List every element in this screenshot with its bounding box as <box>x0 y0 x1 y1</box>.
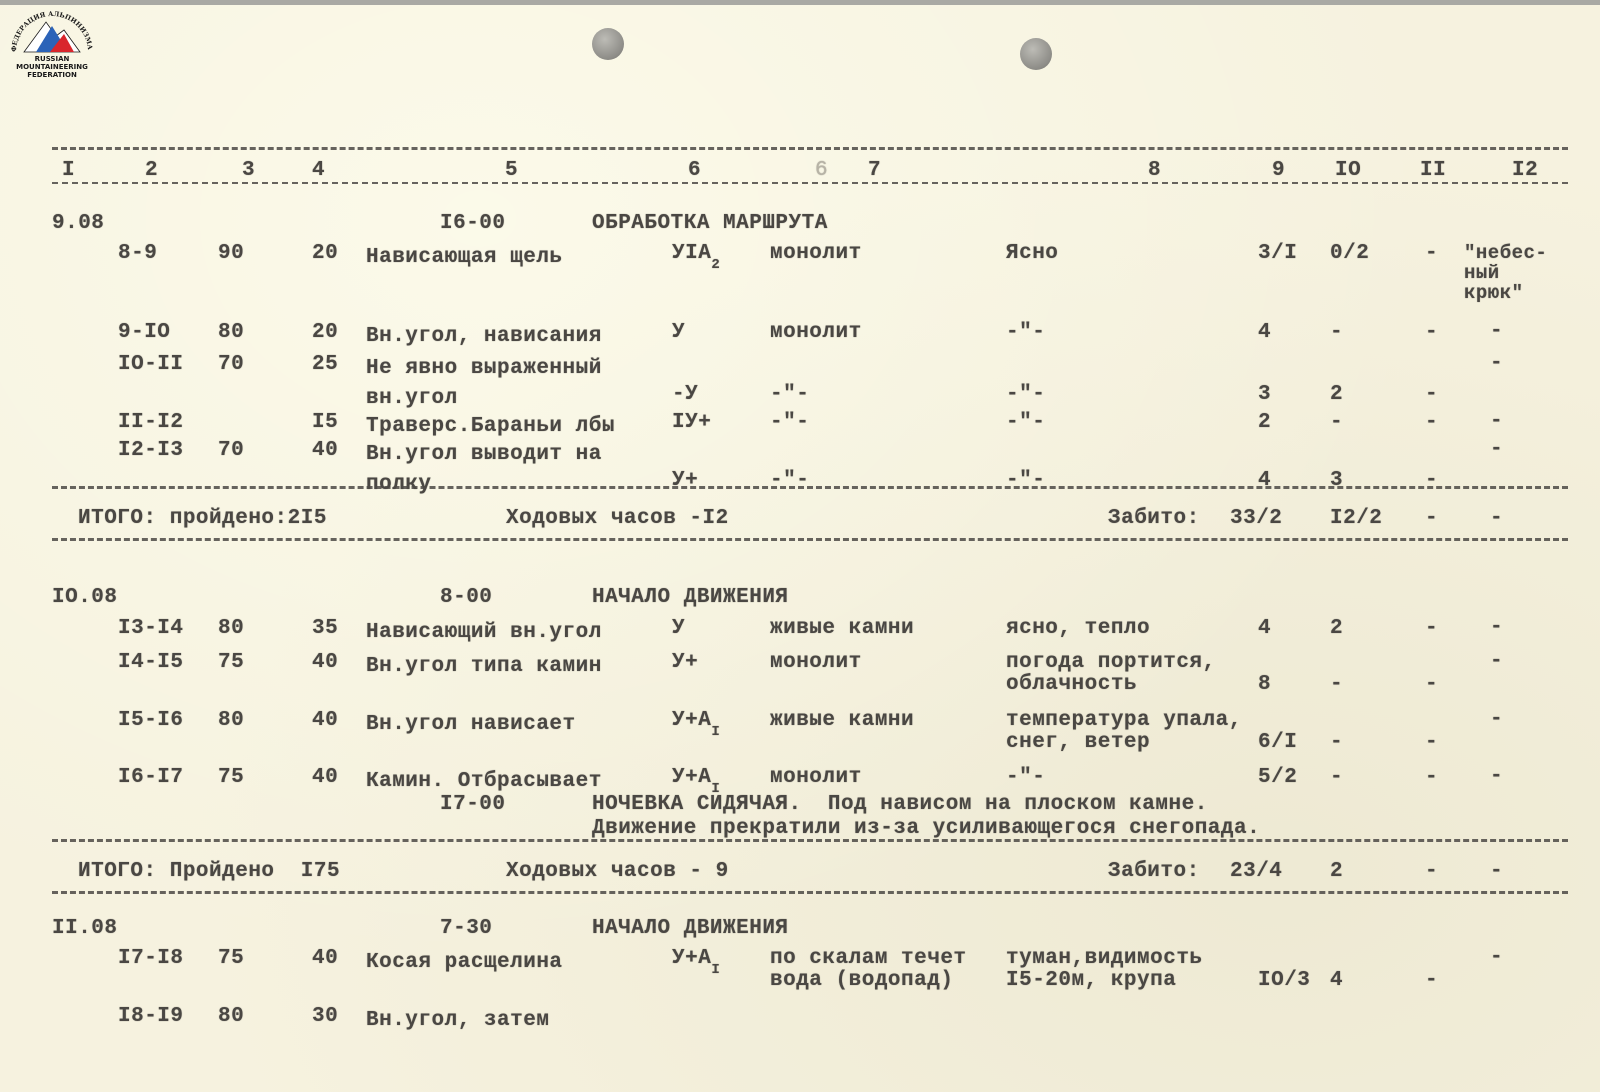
rock-hooks-count: 3 <box>1258 384 1271 406</box>
rock-character: монолит <box>770 767 862 789</box>
col-header-5: 5 <box>505 160 518 182</box>
notes: - <box>1490 948 1503 968</box>
weather: туман,видимость I5-20м, крупа <box>1006 948 1203 992</box>
notes: - <box>1490 412 1503 432</box>
notes: - <box>1490 652 1503 672</box>
total-separator-bottom <box>52 538 1568 541</box>
ice-hooks-count: 4 <box>1330 970 1343 992</box>
bolts-count: - <box>1425 412 1438 434</box>
total-separator-top <box>52 486 1568 489</box>
rock-hooks-count: 3/I <box>1258 243 1297 265</box>
notes: - <box>1490 710 1503 730</box>
rock-character: живые камни <box>770 710 914 732</box>
ice-hooks-count: 2 <box>1330 618 1343 640</box>
slope-angle: 80 <box>218 1006 244 1028</box>
relief-description: Косая расщелина <box>366 948 563 978</box>
relief-description: Вн.угол нависает <box>366 710 576 740</box>
relief-description: Нависающий вн.угол <box>366 618 602 648</box>
logo-line-2: MOUNTAINEERING <box>6 63 98 71</box>
rock-character: по скалам течет вода (водопад) <box>770 948 967 992</box>
col-header-6b: 6 <box>815 160 828 182</box>
col-header-3: 3 <box>242 160 255 182</box>
section-number: IO-II <box>118 354 184 376</box>
col-header-4: 4 <box>312 160 325 182</box>
section-number: II-I2 <box>118 412 184 434</box>
rock-character: монолит <box>770 243 862 265</box>
section-length: 25 <box>312 354 338 376</box>
difficulty-grade: IУ+ <box>672 412 711 434</box>
slope-angle: 75 <box>218 767 244 789</box>
bolts-count: - <box>1425 732 1438 754</box>
total-col-12: - <box>1490 861 1503 883</box>
rock-character: -"- <box>770 384 809 406</box>
federation-logo: ФЕДЕРАЦИЯ АЛЬПИНИЗМА РОССИИ RUSSIAN MOUN… <box>6 6 98 84</box>
total-separator-bottom <box>52 891 1568 894</box>
day-time: I6-00 <box>440 213 506 235</box>
total-bolts: - <box>1425 861 1438 883</box>
total-col-12: - <box>1490 508 1503 530</box>
bivouac-time: I7-00 <box>440 794 506 816</box>
logo-line-1: RUSSIAN <box>6 55 98 63</box>
weather: температура упала, снег, ветер <box>1006 710 1242 754</box>
mountain-logo-icon: ФЕДЕРАЦИЯ АЛЬПИНИЗМА РОССИИ <box>6 6 98 56</box>
relief-description: Вн.угол, затем <box>366 1006 549 1036</box>
relief-description: Вн.угол, нависания <box>366 322 602 352</box>
rock-character: живые камни <box>770 618 914 640</box>
hammered-label: Забито: <box>1108 508 1200 530</box>
section-number: 8-9 <box>118 243 157 265</box>
col-header-1: I <box>62 160 75 182</box>
col-header-2: 2 <box>145 160 158 182</box>
weather: -"- <box>1006 384 1045 406</box>
rock-hooks-count: 5/2 <box>1258 767 1297 789</box>
section-number: I3-I4 <box>118 618 184 640</box>
bivouac-note-2: Движение прекратили из-за усиливающегося… <box>592 818 1260 840</box>
difficulty-grade: УIА2 <box>672 243 720 266</box>
total-separator-top <box>52 839 1568 842</box>
total-distance: ИТОГО: пройдено:2I5 <box>78 508 327 530</box>
slope-angle: 80 <box>218 618 244 640</box>
ice-hooks-count: 0/2 <box>1330 243 1369 265</box>
grade-subscript: I <box>711 962 720 978</box>
section-number: I8-I9 <box>118 1006 184 1028</box>
bolts-count: - <box>1425 243 1438 265</box>
weather: -"- <box>1006 767 1045 789</box>
grade-subscript: I <box>711 724 720 740</box>
col-header-9: 9 <box>1272 160 1285 182</box>
section-length: 20 <box>312 243 338 265</box>
ice-hooks-count: - <box>1330 767 1343 789</box>
total-bolts: - <box>1425 508 1438 530</box>
weather: погода портится, облачность <box>1006 652 1216 696</box>
notes: - <box>1490 767 1503 787</box>
weather: -"- <box>1006 322 1045 344</box>
slope-angle: 70 <box>218 440 244 462</box>
slope-angle: 70 <box>218 354 244 376</box>
section-length: 35 <box>312 618 338 640</box>
rock-hooks-count: IO/3 <box>1258 970 1310 992</box>
relief-description: Нависающая щель <box>366 243 563 273</box>
weather: ясно, тепло <box>1006 618 1150 640</box>
section-number: I4-I5 <box>118 652 184 674</box>
bolts-count: - <box>1425 384 1438 406</box>
scan-edge <box>0 0 1600 5</box>
difficulty-grade: У+АI <box>672 948 720 971</box>
total-rock-hooks: 23/4 <box>1230 861 1282 883</box>
bolts-count: - <box>1425 674 1438 696</box>
section-number: I7-I8 <box>118 948 184 970</box>
col-header-11: II <box>1420 160 1446 182</box>
col-header-12: I2 <box>1512 160 1538 182</box>
slope-angle: 75 <box>218 948 244 970</box>
bolts-count: - <box>1425 970 1438 992</box>
ice-hooks-count: - <box>1330 322 1343 344</box>
rock-character: монолит <box>770 322 862 344</box>
difficulty-grade: У <box>672 322 685 344</box>
ice-hooks-count: - <box>1330 732 1343 754</box>
hammered-label: Забито: <box>1108 861 1200 883</box>
relief-description: Траверс.Бараньи лбы <box>366 412 615 442</box>
total-ice-hooks: I2/2 <box>1330 508 1382 530</box>
col-header-6: 6 <box>688 160 701 182</box>
rock-hooks-count: 2 <box>1258 412 1271 434</box>
ice-hooks-count: - <box>1330 412 1343 434</box>
day-event: НАЧАЛО ДВИЖЕНИЯ <box>592 918 789 940</box>
total-distance: ИТОГО: Пройдено I75 <box>78 861 340 883</box>
notes: - <box>1490 322 1503 342</box>
section-number: 9-IO <box>118 322 170 344</box>
total-rock-hooks: 33/2 <box>1230 508 1282 530</box>
relief-description: Не явно выраженный вн.угол <box>366 354 602 414</box>
relief-description: Вн.угол выводит на полку <box>366 440 602 500</box>
section-number: I6-I7 <box>118 767 184 789</box>
difficulty-grade: -У <box>672 384 698 406</box>
notes: - <box>1490 440 1503 460</box>
section-length: 40 <box>312 652 338 674</box>
day-date: IO.08 <box>52 587 118 609</box>
total-hours: Ходовых часов -I2 <box>506 508 729 530</box>
bolts-count: - <box>1425 322 1438 344</box>
section-length: I5 <box>312 412 338 434</box>
notes: "небес- ный крюк" <box>1464 243 1547 303</box>
bivouac-note: НОЧЕВКА СИДЯЧАЯ. Под нависом на плоском … <box>592 794 1208 816</box>
weather: -"- <box>1006 412 1045 434</box>
difficulty-grade: У+АI <box>672 710 720 733</box>
punch-hole <box>1020 38 1052 70</box>
slope-angle: 75 <box>218 652 244 674</box>
rock-hooks-count: 6/I <box>1258 732 1297 754</box>
notes: - <box>1490 354 1503 374</box>
bolts-count: - <box>1425 618 1438 640</box>
rock-hooks-count: 4 <box>1258 618 1271 640</box>
day-time: 8-00 <box>440 587 492 609</box>
relief-description: Вн.угол типа камин <box>366 652 602 682</box>
col-header-8: 8 <box>1148 160 1161 182</box>
notes: - <box>1490 618 1503 638</box>
section-number: I2-I3 <box>118 440 184 462</box>
day-date: 9.08 <box>52 213 104 235</box>
day-time: 7-30 <box>440 918 492 940</box>
difficulty-grade: У <box>672 618 685 640</box>
col-header-7: 7 <box>868 160 881 182</box>
ice-hooks-count: 2 <box>1330 384 1343 406</box>
section-length: 20 <box>312 322 338 344</box>
section-length: 40 <box>312 948 338 970</box>
slope-angle: 80 <box>218 710 244 732</box>
divider <box>52 147 1568 150</box>
difficulty-grade: У+ <box>672 652 698 674</box>
difficulty-grade: У+АI <box>672 767 720 790</box>
day-event: НАЧАЛО ДВИЖЕНИЯ <box>592 587 789 609</box>
slope-angle: 90 <box>218 243 244 265</box>
ice-hooks-count: - <box>1330 674 1343 696</box>
section-length: 40 <box>312 767 338 789</box>
punch-hole <box>592 28 624 60</box>
slope-angle: 80 <box>218 322 244 344</box>
day-event: ОБРАБОТКА МАРШРУТА <box>592 213 828 235</box>
bolts-count: - <box>1425 767 1438 789</box>
rock-hooks-count: 8 <box>1258 674 1271 696</box>
weather: Ясно <box>1006 243 1058 265</box>
total-hours: Ходовых часов - 9 <box>506 861 729 883</box>
grade-subscript: 2 <box>711 257 720 273</box>
day-date: II.08 <box>52 918 118 940</box>
section-number: I5-I6 <box>118 710 184 732</box>
col-header-10: IO <box>1335 160 1361 182</box>
rock-hooks-count: 4 <box>1258 322 1271 344</box>
rock-character: -"- <box>770 412 809 434</box>
header-underline <box>52 182 1568 184</box>
section-length: 40 <box>312 710 338 732</box>
logo-line-3: FEDERATION <box>6 71 98 79</box>
section-length: 30 <box>312 1006 338 1028</box>
total-ice-hooks: 2 <box>1330 861 1343 883</box>
section-length: 40 <box>312 440 338 462</box>
rock-character: монолит <box>770 652 862 674</box>
